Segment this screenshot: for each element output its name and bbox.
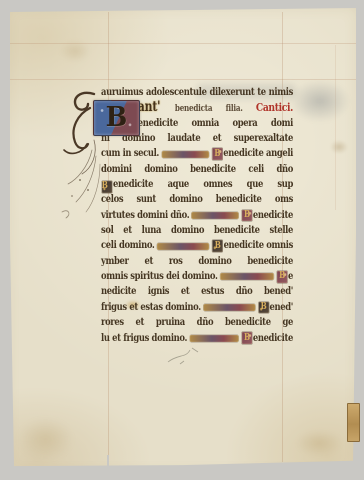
text-run: celos sunt domino benedicite oms — [101, 193, 293, 205]
text-run: ened' — [270, 300, 293, 315]
text-line: lu et frigus domino.Benedicite — [101, 331, 293, 346]
text-run: frigus et estas domino. — [101, 300, 201, 315]
text-line: celos sunt domino benedicite oms — [101, 192, 293, 207]
tan-stain — [60, 40, 90, 62]
text-line: frigus et estas domino.Bened' — [101, 300, 293, 315]
rubric-text: Cantici. — [256, 100, 293, 114]
text-run: celi domino. — [101, 238, 154, 253]
line-filler — [203, 304, 255, 311]
text-run: enedicite aque omnes que sup — [113, 178, 293, 190]
text-line: auruimus adolescentule dilexerunt te nim… — [101, 85, 293, 100]
line-filler — [189, 335, 238, 342]
text-run: enedicite omnia opera domi — [138, 117, 293, 129]
text-line: omnis spiritus dei domino.Be — [101, 269, 293, 284]
text-line: domini domino benedicite celi dño — [101, 162, 293, 177]
text-line: Benedicite aque omnes que sup — [101, 177, 293, 192]
text-run: enedicite — [253, 331, 293, 346]
text-line: nedicite ignis et estus dño bened' — [101, 284, 293, 299]
text-run: rores et pruina dño benedicite ge — [101, 316, 293, 328]
antiphon-marker: ant' — [138, 99, 175, 115]
text-run: domini domino benedicite celi dño — [101, 163, 293, 175]
initial-letter: B — [106, 103, 128, 133]
line-filler — [220, 273, 274, 280]
versal-initial: B — [102, 181, 112, 193]
versal-initial: B — [212, 240, 222, 252]
ruling-line-horizontal-text-top — [10, 79, 356, 80]
versal-initial: B — [242, 332, 252, 344]
illuminated-initial-B: B — [93, 100, 140, 136]
ruling-line-horizontal-top — [10, 43, 356, 44]
photo-background: B auruimus adolescentule dilexerunt te n… — [0, 0, 364, 480]
text-line: ymber et ros domino benedicite — [101, 254, 293, 269]
text-run: benedicta filia. — [175, 104, 256, 114]
text-run: enedicite angeli — [223, 146, 293, 161]
line-filler — [157, 243, 209, 250]
text-line: sol et luna domino benedicite stelle — [101, 223, 293, 238]
bottom-edge-slit — [107, 455, 109, 467]
text-run: auruimus adolescentule dilexerunt te nim… — [101, 86, 293, 98]
line-filler — [161, 151, 208, 158]
text-run: nedicite ignis et estus dño bened' — [101, 285, 293, 297]
text-line: rores et pruina dño benedicite ge — [101, 315, 293, 330]
text-run: omnis spiritus dei domino. — [101, 269, 218, 284]
damaged-edge-tab — [347, 403, 360, 442]
text-run: sol et luna domino benedicite stelle — [101, 224, 293, 236]
text-run: ymber et ros domino benedicite — [101, 255, 293, 267]
text-line: virtutes domini dño.Benedicite — [101, 208, 293, 223]
versal-initial: B — [242, 210, 252, 222]
versal-initial: B — [212, 148, 222, 160]
text-line: celi domino.Benedicite omnis — [101, 238, 293, 253]
text-run: lu et frigus domino. — [101, 331, 187, 346]
text-run: enedicite omnis — [224, 238, 293, 253]
text-run: virtutes domini dño. — [101, 208, 189, 223]
versal-initial: B — [277, 271, 287, 283]
tan-stain — [18, 418, 73, 460]
line-filler — [192, 212, 239, 219]
manuscript-leaf: B auruimus adolescentule dilexerunt te n… — [0, 0, 364, 480]
text-run: e — [288, 269, 293, 284]
versal-initial: B — [258, 302, 268, 314]
text-line: cum in secul.Benedicite angeli — [101, 146, 293, 161]
pen-scribble — [160, 344, 210, 368]
text-run: enedicite — [253, 208, 293, 223]
text-run: cum in secul. — [101, 146, 159, 161]
tan-stain — [296, 430, 342, 456]
